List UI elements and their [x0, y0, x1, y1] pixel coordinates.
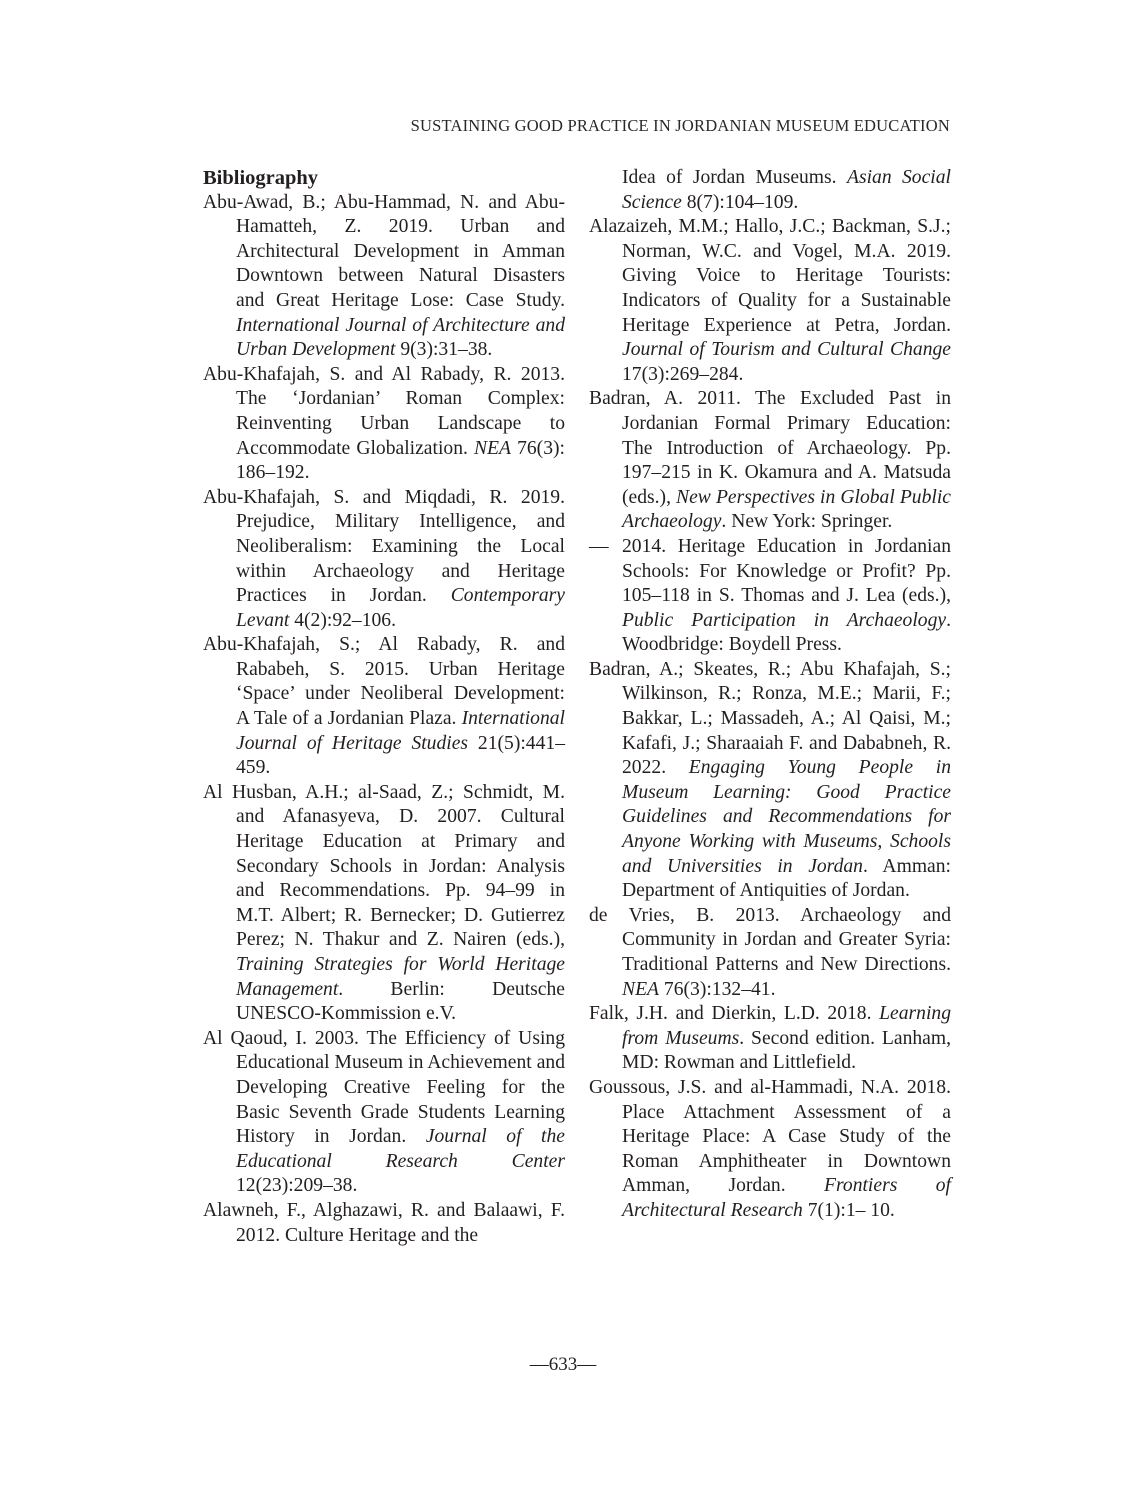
reference-title-italic: Journal of Tourism and Cultural Change — [622, 339, 951, 360]
reference-entry: Badran, A. 2011. The Excluded Past in Jo… — [589, 387, 951, 535]
reference-entry: Al Husban, A.H.; al-Saad, Z.; Schmidt, M… — [203, 781, 565, 1027]
reference-text: 17(3):269–284. — [622, 364, 743, 385]
reference-text: Idea of Jordan Museums. — [622, 167, 847, 188]
reference-text: Alazaizeh, M.M.; Hallo, J.C.; Back­man, … — [589, 216, 951, 335]
reference-entry: Alawneh, F., Alghazawi, R. and Balaawi, … — [203, 1199, 565, 1248]
reference-text: 7(1):1– 10. — [803, 1200, 895, 1221]
reference-text: 9(3):31–38. — [395, 339, 492, 360]
reference-text: Alawneh, F., Alghazawi, R. and Balaawi, … — [203, 1200, 565, 1246]
ditto-dash: — — [589, 535, 609, 560]
reference-entry: Goussous, J.S. and al-Hammadi, N.A. 2018… — [589, 1076, 951, 1224]
reference-entry: —2014. Heritage Education in Jorda­nian … — [589, 535, 951, 658]
bibliography-column-left: Bibliography Abu-Awad, B.; Abu-Hammad, N… — [203, 166, 565, 1248]
reference-text: Falk, J.H. and Dierkin, L.D. 2018. — [589, 1003, 879, 1024]
running-head: SUSTAINING GOOD PRACTICE IN JORDANIAN MU… — [411, 116, 950, 136]
reference-entry: Abu-Khafajah, S. and Miqdadi, R. 2019. P… — [203, 486, 565, 634]
page-number: —633— — [0, 1354, 1126, 1376]
reference-text: Abu-Awad, B.; Abu-Hammad, N. and Abu-Ham… — [203, 192, 565, 311]
reference-text: 76(3):132–41. — [659, 979, 775, 1000]
reference-title-italic: Public Participa­tion in Archaeology — [622, 610, 946, 631]
reference-list-right: Idea of Jordan Museums. Asian Social Sci… — [589, 166, 951, 1224]
reference-text: 8(7):104–109. — [682, 192, 798, 213]
bibliography-column-right: Idea of Jordan Museums. Asian Social Sci… — [589, 166, 951, 1224]
reference-entry: Abu-Khafajah, S. and Al Rabady, R. 2013.… — [203, 363, 565, 486]
reference-entry: de Vries, B. 2013. Archaeology and Commu… — [589, 904, 951, 1002]
reference-list-left: Abu-Awad, B.; Abu-Hammad, N. and Abu-Ham… — [203, 191, 565, 1249]
reference-text: . New York: Springer. — [721, 511, 892, 532]
reference-text: de Vries, B. 2013. Archaeology and Commu… — [589, 905, 951, 975]
reference-title-italic: NEA — [622, 979, 659, 1000]
reference-title-italic: NEA — [474, 438, 511, 459]
reference-entry: Abu-Khafajah, S.; Al Rabady, R. and Raba… — [203, 633, 565, 781]
reference-text: Al Husban, A.H.; al-Saad, Z.; Schmidt, M… — [203, 782, 565, 951]
reference-text: 4(2):92–106. — [289, 610, 396, 631]
reference-entry-continuation: Idea of Jordan Museums. Asian Social Sci… — [589, 166, 951, 215]
reference-entry: Abu-Awad, B.; Abu-Hammad, N. and Abu-Ham… — [203, 191, 565, 363]
reference-entry: Al Qaoud, I. 2003. The Efficiency of Usi… — [203, 1027, 565, 1199]
reference-text: 2014. Heritage Education in Jorda­nian S… — [622, 536, 951, 606]
reference-entry: Badran, A.; Skeates, R.; Abu Khafa­jah, … — [589, 658, 951, 904]
reference-entry: Alazaizeh, M.M.; Hallo, J.C.; Back­man, … — [589, 215, 951, 387]
reference-entry: Falk, J.H. and Dierkin, L.D. 2018. Learn… — [589, 1002, 951, 1076]
section-heading: Bibliography — [203, 166, 565, 191]
reference-text: 12(23):209–38. — [236, 1175, 357, 1196]
